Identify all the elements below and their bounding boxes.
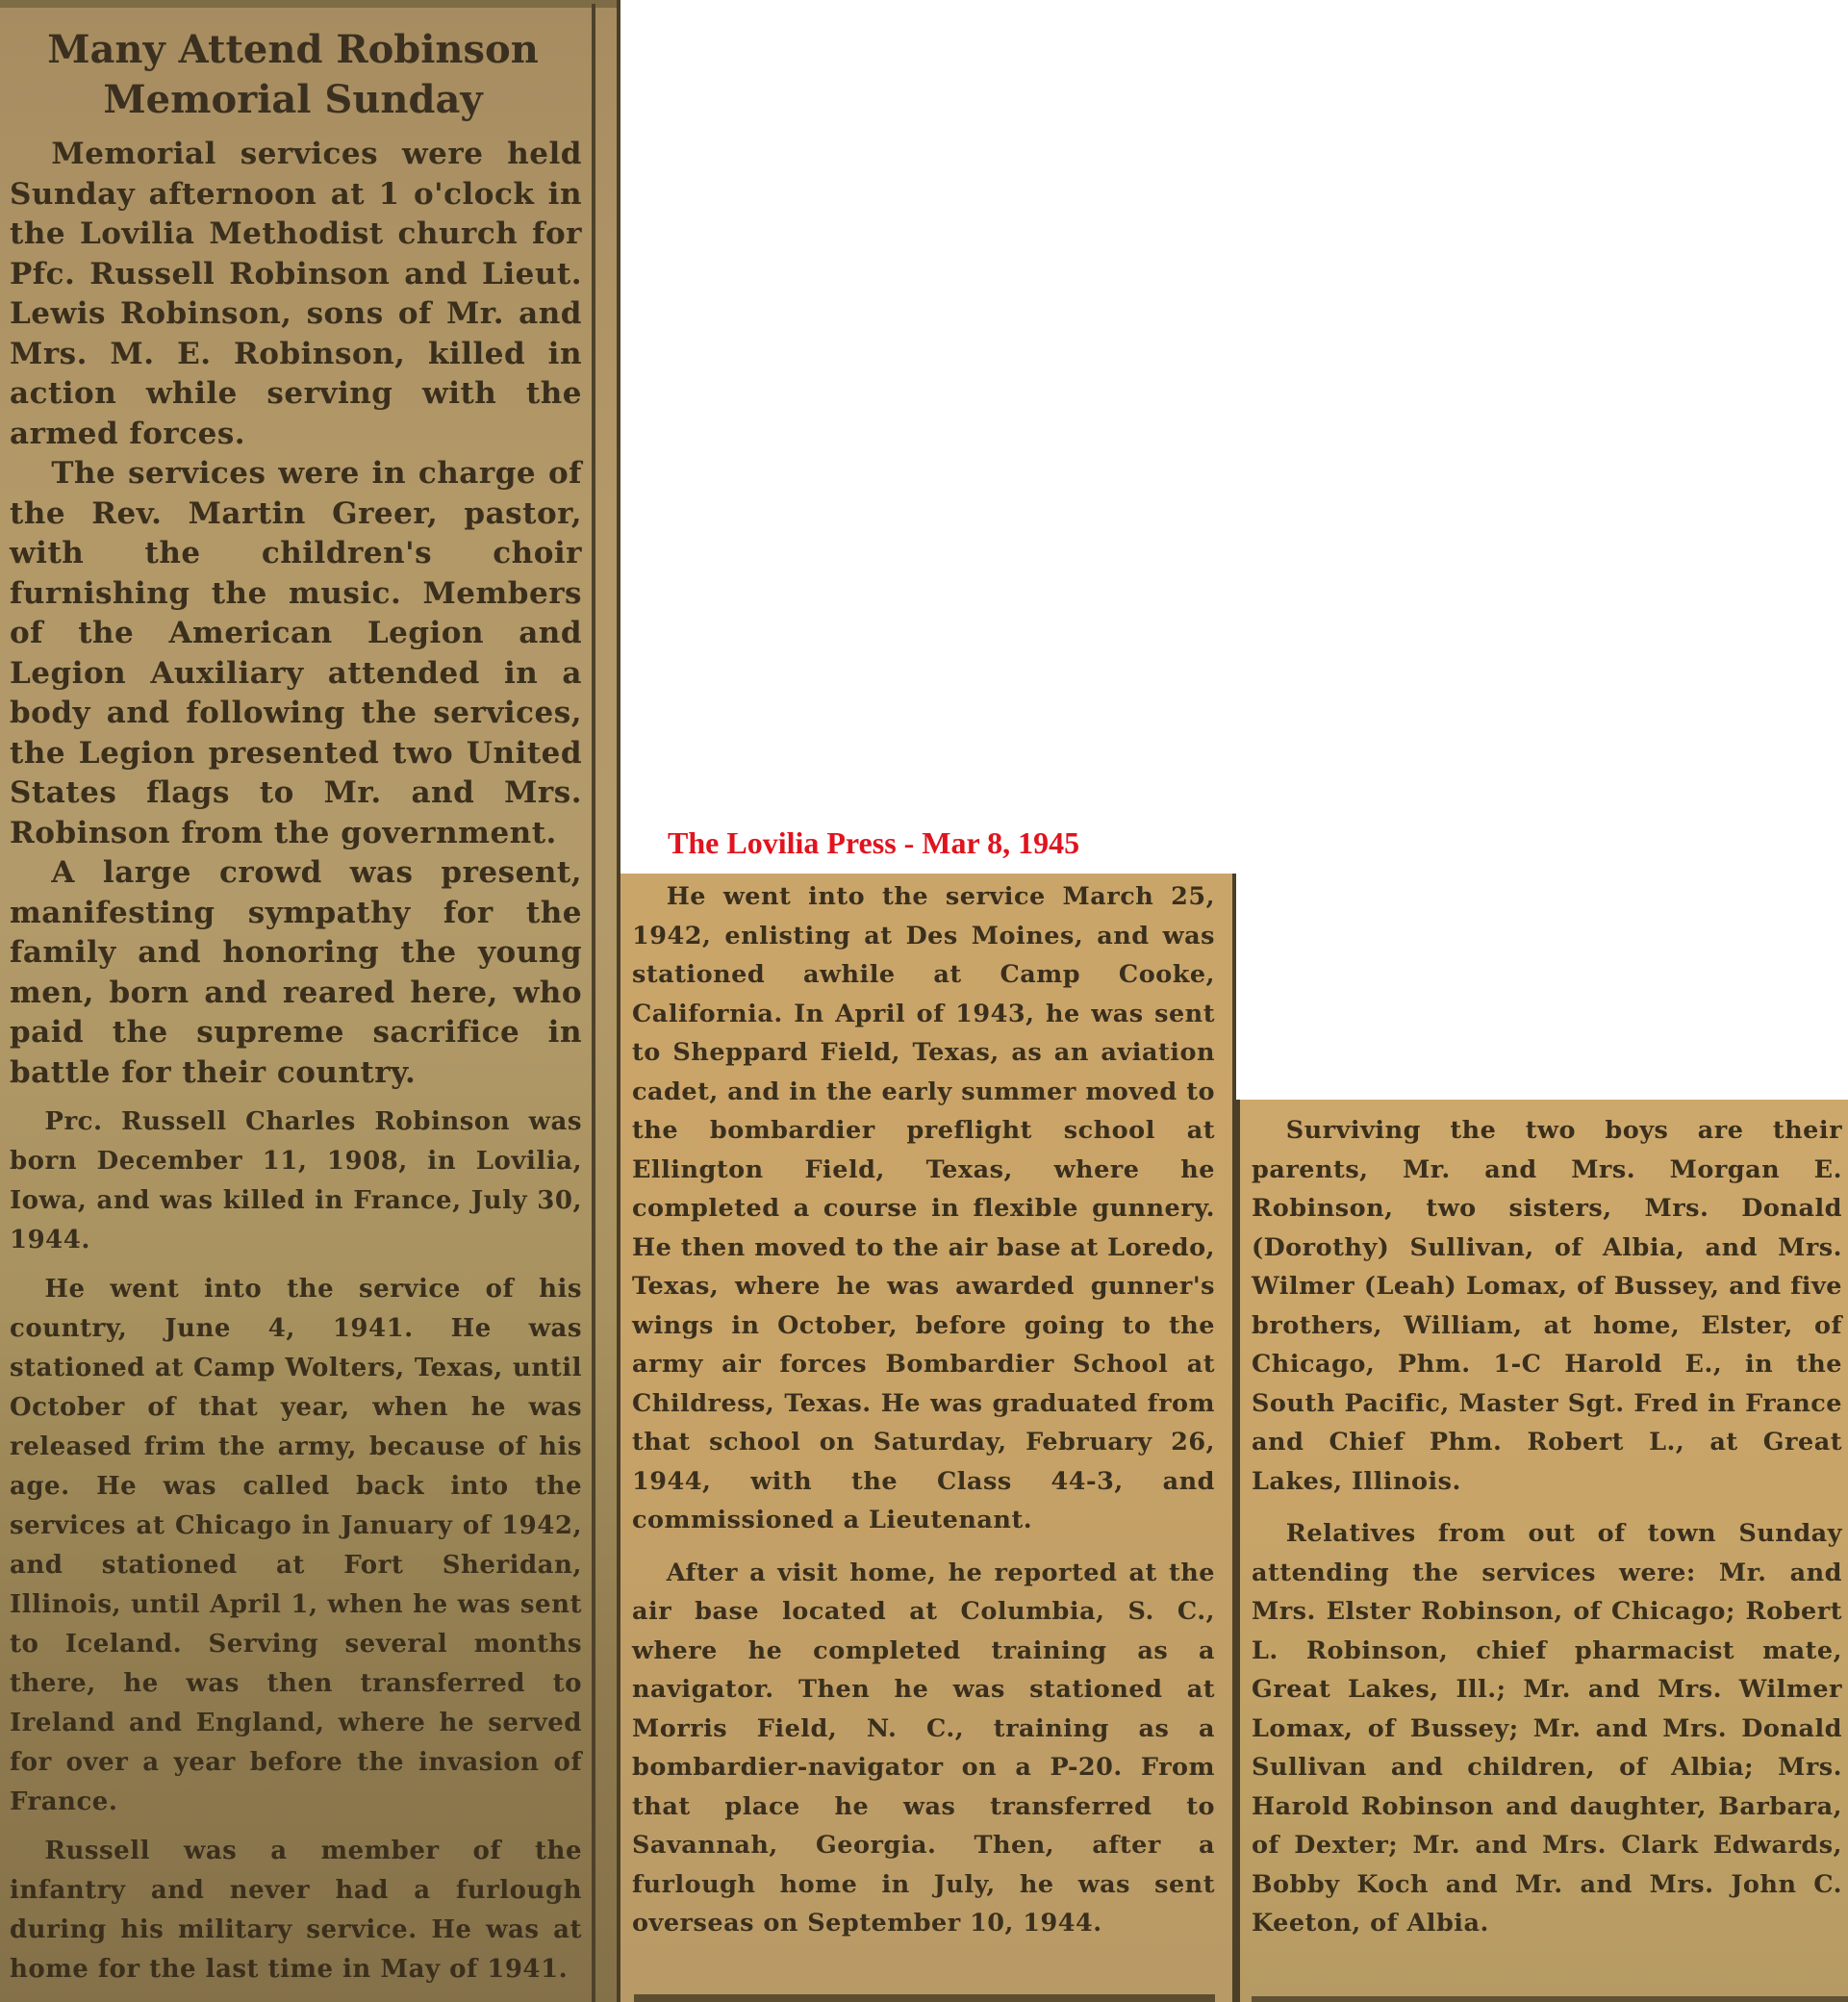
article-column-1: Many Attend Robinson Memorial Sunday Mem… xyxy=(0,0,620,2002)
paragraph-services-charge: The services were in charge of the Rev. … xyxy=(10,454,582,853)
article-headline: Many Attend Robinson Memorial Sunday xyxy=(10,25,582,125)
column-top-rule xyxy=(0,0,617,8)
paragraph-relatives: Relatives from out of town Sunday attend… xyxy=(1252,1514,1842,1943)
article-column-3: Surviving the two boys are their parents… xyxy=(1236,1100,1848,2002)
paragraph-memorial-services: Memorial services were held Sunday after… xyxy=(10,135,582,454)
paragraph-large-crowd: A large crowd was present, manifesting s… xyxy=(10,853,582,1093)
paragraph-lewis-service: He went into the service March 25, 1942,… xyxy=(632,877,1215,1540)
column-bottom-rule xyxy=(1252,1996,1848,2002)
paragraph-russell-service: He went into the service of his country,… xyxy=(10,1270,582,1822)
paragraph-russell-infantry: Russell was a member of the infantry and… xyxy=(10,1832,582,1989)
article-column-2: He went into the service March 25, 1942,… xyxy=(620,874,1236,2002)
column-bottom-rule xyxy=(634,1994,1215,2002)
column-divider xyxy=(592,4,595,2002)
paragraph-lewis-overseas: After a visit home, he reported at the a… xyxy=(632,1554,1215,1943)
paragraph-russell-birth: Prc. Russell Charles Robinson was born D… xyxy=(10,1102,582,1260)
paragraph-survivors: Surviving the two boys are their parents… xyxy=(1252,1111,1842,1501)
newspaper-source-caption: The Lovilia Press - Mar 8, 1945 xyxy=(668,825,1079,861)
